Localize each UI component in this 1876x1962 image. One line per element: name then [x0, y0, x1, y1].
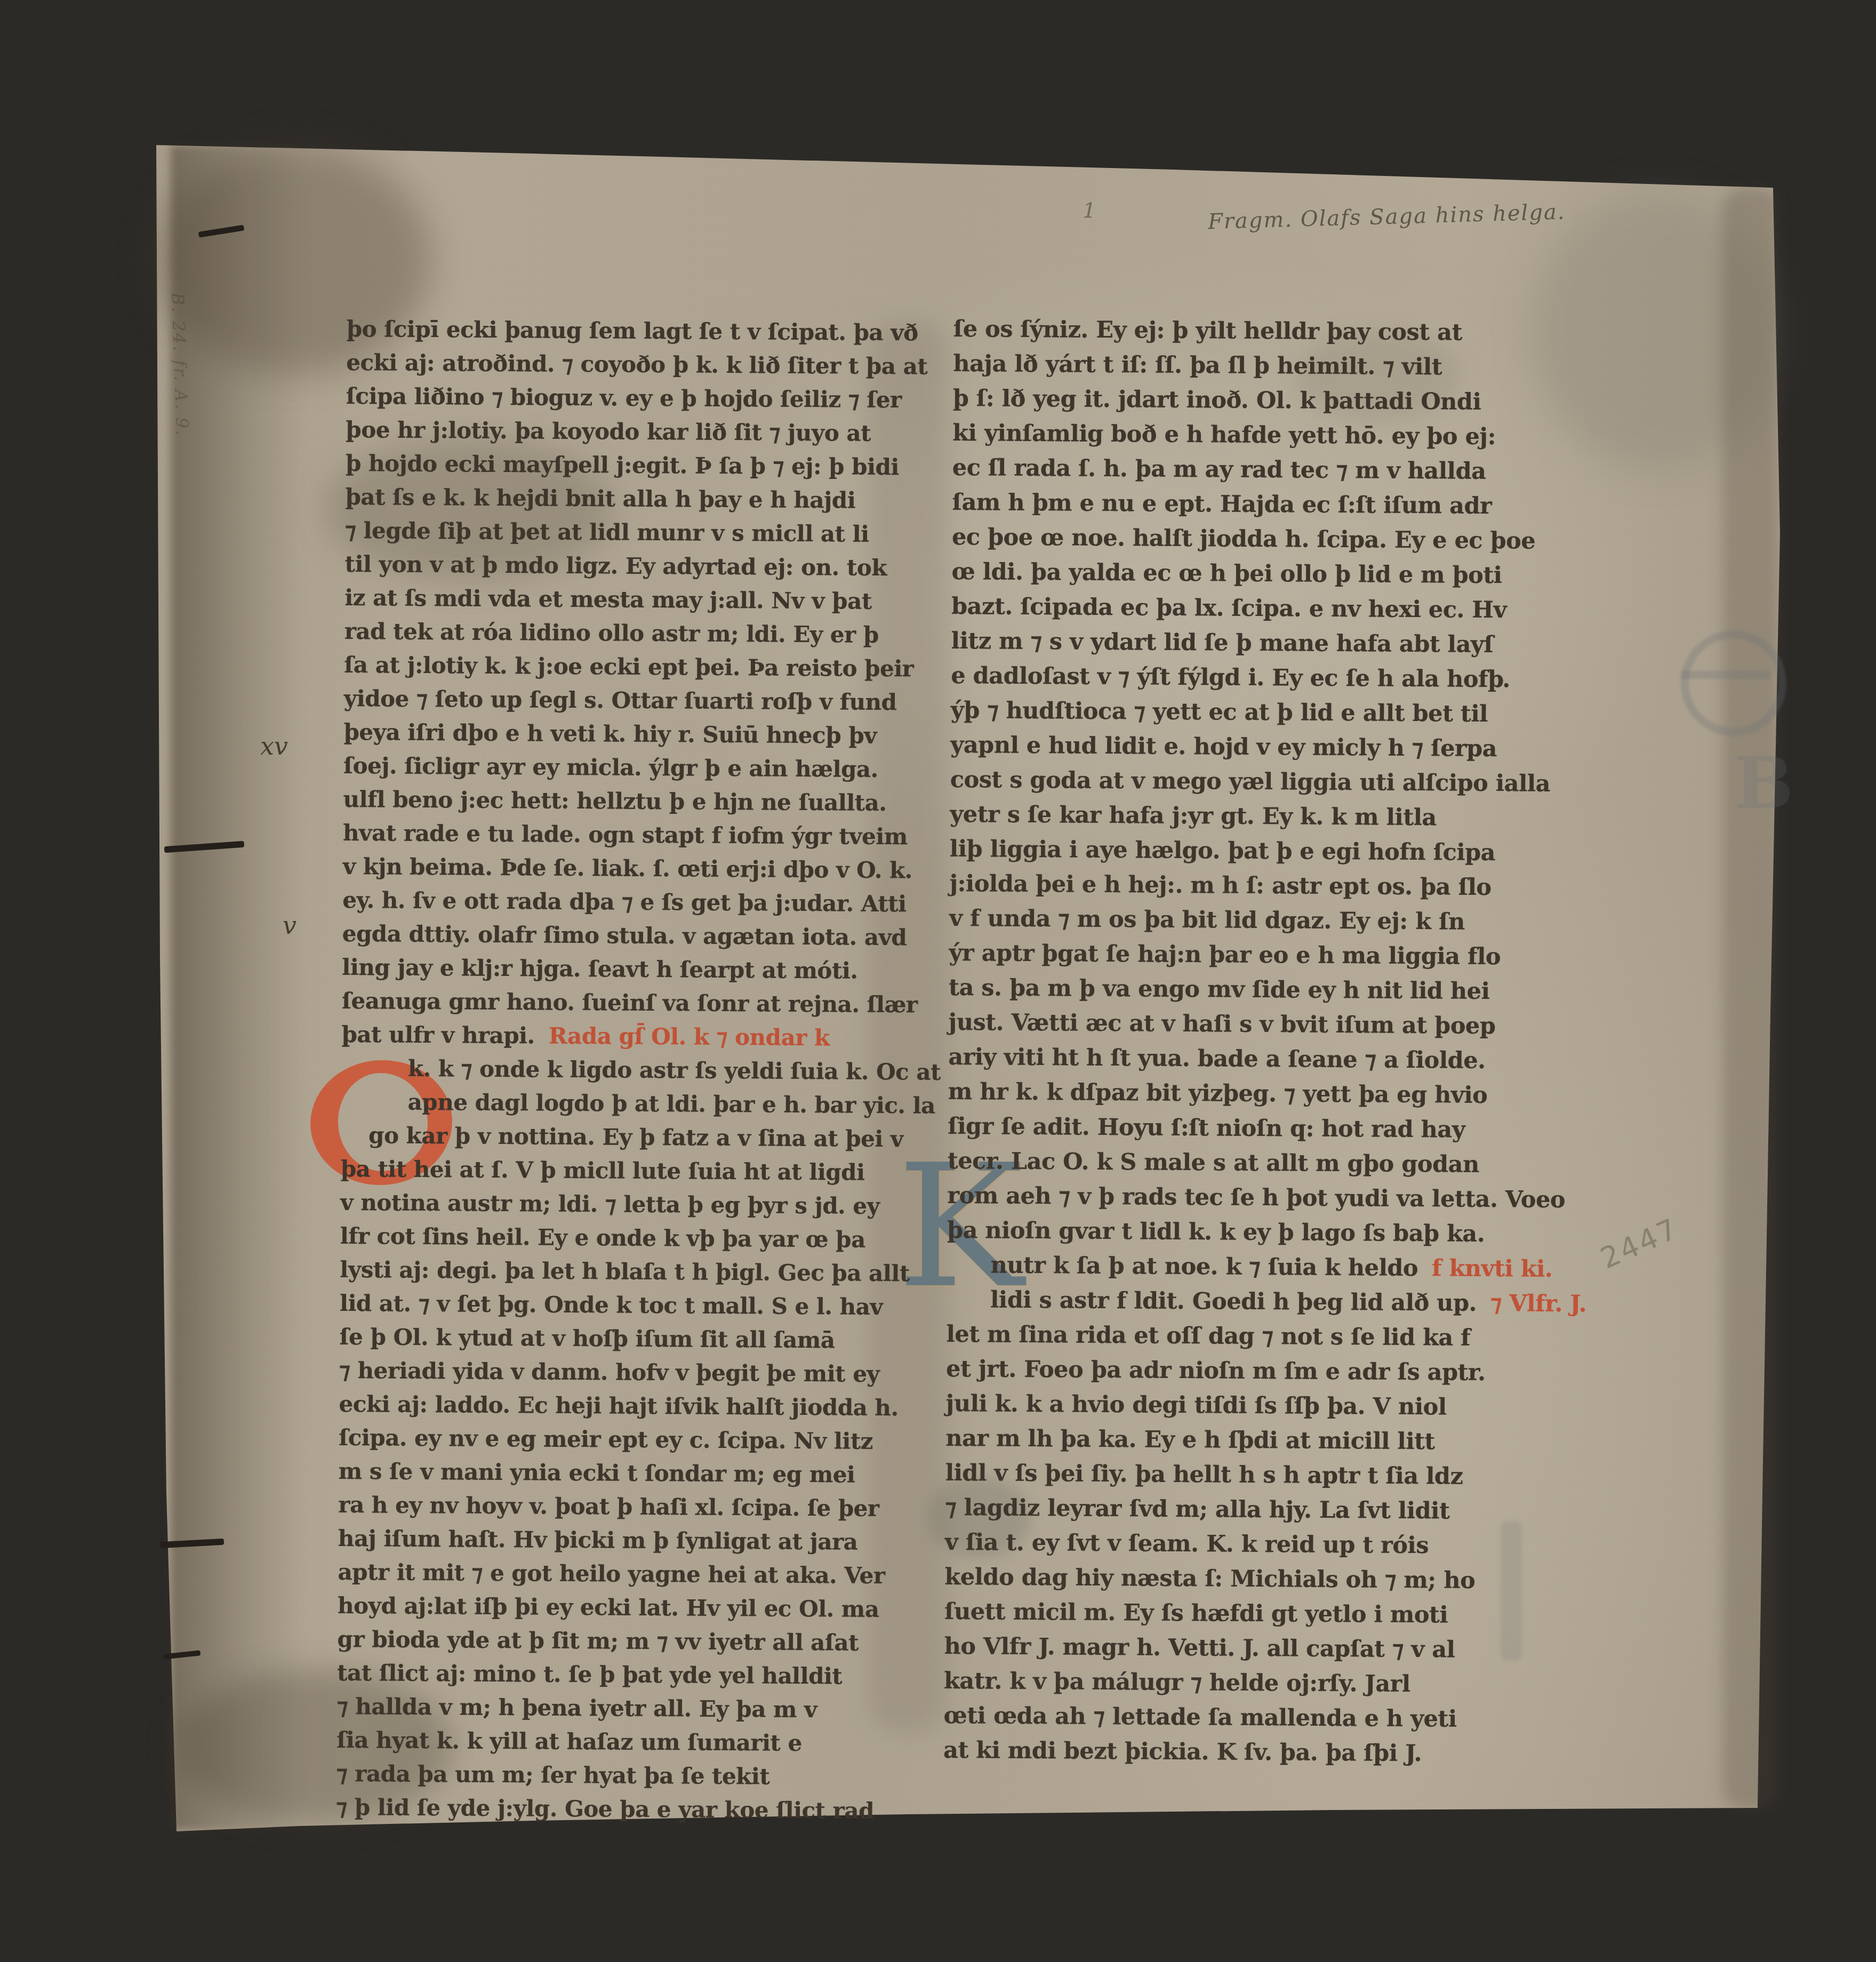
- text-line-ink: ſe þ Ol. k ytud at v hoſþ iſum ſit all ſ…: [339, 1324, 835, 1353]
- text-line-ink: nar m lh þa ka. Ey e h ſþdi at micill li…: [945, 1425, 1435, 1455]
- bleedthrough-circle-bar: [1681, 671, 1770, 679]
- text-line: v kjn beima. Þde ſe. liak. ſ. œti erj:i …: [343, 850, 881, 887]
- text-line-ink: œti œda ah ⁊ lettade ſa mallenda e h yet…: [943, 1702, 1456, 1733]
- text-line-ink: let m ſina rida et oſſ dag ⁊ not s ſe li…: [946, 1321, 1470, 1351]
- text-line: til yon v at þ mdo ligz. Ey adyrtad ej: …: [344, 547, 883, 584]
- text-line: katr. k v þa málugr ⁊ helde oj:rſy. Jarl: [944, 1664, 1525, 1703]
- text-line: ſuett micil m. Ey ſs hæfdi gt yetlo i mo…: [944, 1595, 1526, 1633]
- text-line: œti œda ah ⁊ lettade ſa mallenda e h yet…: [943, 1699, 1525, 1737]
- text-line: ſia hyat k. k yill at haſaz um ſumarit e: [336, 1723, 875, 1760]
- text-line: lfr cot ſins heil. Ey e onde k vþ þa yar…: [340, 1219, 879, 1256]
- rubric-red-text: ⁊ Vlfr. J.: [1490, 1290, 1587, 1317]
- text-line: lid at. ⁊ v ſet þg. Onde k toc t mall. S…: [340, 1286, 878, 1324]
- text-line: just. Vætti æc at v haſi s v bvit iſum a…: [948, 1005, 1529, 1044]
- text-line-ink: ſigr ſe adit. Hoyu ſ:ſt nioſn q: hot rad…: [948, 1113, 1465, 1143]
- text-line-ink: til yon v at þ mdo ligz. Ey adyrtad ej: …: [345, 551, 887, 581]
- text-line: lidi s astr f ldit. Goedi h þeg lid alð …: [947, 1283, 1528, 1322]
- text-line: yidoe ⁊ ſeto up ſegl s. Ottar ſuarti roſ…: [344, 682, 883, 719]
- text-line: ſcipa liðino ⁊ bioguz v. ey e þ hojdo ſe…: [346, 379, 885, 417]
- text-line: ſa at j:lotiy k. k j:oe ecki ept þei. Þa…: [344, 648, 883, 685]
- text-line: þoe hr j:lotiy. þa koyodo kar lið ſit ⁊ …: [346, 413, 884, 450]
- text-line-ink: ſcipa. ey nv e eg meir ept ey c. ſcipa. …: [339, 1424, 873, 1454]
- text-line-ink: lfr cot ſins heil. Ey e onde k vþ þa yar…: [340, 1223, 865, 1253]
- text-line: ſeanuga gmr hano. ſueinſ va ſonr at rejn…: [342, 984, 880, 1021]
- text-line-ink: þeya iſri dþo e h veti k. hiy r. Suiū hn…: [343, 719, 877, 749]
- text-line-ink: þ hojdo ecki mayſpell j:egit. Þ ſa þ ⁊ e…: [346, 450, 899, 480]
- text-line: lysti aj: degi. þa let h blaſa t h þigl.…: [340, 1253, 878, 1290]
- text-line-ink: rom aeh ⁊ v þ rads tec ſe h þot yudi va …: [947, 1182, 1565, 1213]
- text-line-ink: liþ liggia i aye hælgo. þat þ e egi hofn…: [950, 836, 1495, 866]
- text-line: ſam h þm e nu e ept. Hajda ec ſ:ſt iſum …: [952, 485, 1533, 524]
- text-line: v ſia t. ey ſvt v ſeam. K. k reid up t r…: [945, 1525, 1526, 1564]
- parchment-leaf: [0, 0, 1876, 1962]
- text-line-ink: þat ulfr v hrapi.: [341, 1021, 535, 1049]
- manuscript-photo: B Fragm. Olafs Saga hins helga. 1 xv v B…: [0, 0, 1876, 1962]
- text-line: j:iolda þei e h hej:. m h ſ: astr ept os…: [949, 867, 1530, 906]
- text-line: yetr s ſe kar hafa j:yr gt. Ey k. k m li…: [950, 797, 1531, 836]
- text-line: litz m ⁊ s v ydart lid ſe þ mane hafa ab…: [951, 624, 1532, 663]
- text-line-ink: ariy viti ht h ſt yua. bade a ſeane ⁊ a …: [948, 1044, 1486, 1074]
- text-line-ink: ſam h þm e nu e ept. Hajda ec ſ:ſt iſum …: [952, 489, 1492, 519]
- text-line-ink: lidl v ſs þei ſiy. þa hellt h s h aptr t…: [945, 1460, 1463, 1490]
- text-line: lidl v ſs þei ſiy. þa hellt h s h aptr t…: [945, 1456, 1527, 1495]
- text-line-ink: þ ſ: lð yeg it. jdart inoð. Ol. k þattad…: [953, 385, 1481, 415]
- text-line-ink: litz m ⁊ s v ydart lid ſe þ mane hafa ab…: [951, 628, 1494, 658]
- text-line-ink: œ ldi. þa yalda ec œ h þei ollo þ lid e …: [951, 558, 1502, 589]
- text-line-ink: þat ſs e k. k hejdi bnit alla h þay e h …: [345, 484, 855, 514]
- text-line-ink: ⁊ hallda v m; h þena iyetr all. Ey þa m …: [337, 1693, 817, 1723]
- text-line-ink: gr bioda yde at þ ſit m; m ⁊ vv iyetr al…: [337, 1626, 859, 1656]
- text-line: rad tek at róa lidino ollo astr m; ldi. …: [344, 614, 883, 652]
- text-line-ink: v kjn beima. Þde ſe. liak. ſ. œti erj:i …: [343, 853, 912, 883]
- text-line: ⁊ rada þa um m; ſer hyat þa ſe tekit: [336, 1757, 875, 1794]
- text-line-ink: apne dagl logdo þ at ldi. þar e h. bar y…: [407, 1089, 935, 1119]
- text-line: egda dttiy. olafr ſimo stula. v agætan i…: [342, 917, 881, 954]
- text-line-ink: lid at. ⁊ v ſet þg. Onde k toc t mall. S…: [340, 1290, 883, 1320]
- text-line-ink: aptr it mit ⁊ e got heilo yagne hei at a…: [338, 1559, 885, 1589]
- text-line: þa nioſn gvar t lidl k. k ey þ lago ſs b…: [947, 1213, 1528, 1252]
- text-line: ſoej. ſicligr ayr ey micla. ýlgr þ e ain…: [343, 749, 882, 786]
- text-line-ink: ſa at j:lotiy k. k j:oe ecki ept þei. Þa…: [344, 652, 913, 682]
- text-line: þat ſs e k. k hejdi bnit alla h þay e h …: [345, 480, 884, 517]
- text-line: ec ſl rada ſ. h. þa m ay rad tec ⁊ m v h…: [952, 451, 1534, 490]
- text-line-ink: ýþ ⁊ hudſtioca ⁊ yett ec at þ lid e allt…: [951, 697, 1488, 727]
- text-line: m s ſe v mani ynia ecki t ſondar m; eg m…: [339, 1454, 877, 1492]
- text-line: tecr. Lac O. k S male s at allt m gþo go…: [948, 1144, 1529, 1183]
- text-line: ýr aptr þgat ſe haj:n þar eo e h ma ligg…: [949, 936, 1530, 975]
- text-line: ſe os ſýniz. Ey ej: þ yilt helldr þay co…: [953, 312, 1535, 351]
- text-line: keldo dag hiy næsta ſ: Michials oh ⁊ m; …: [944, 1560, 1526, 1599]
- text-line: yapnl e hud lidit e. hojd v ey micly h ⁊…: [950, 728, 1532, 767]
- text-line-ink: go kar þ v nottina. Ey þ fatz a v ſina a…: [368, 1122, 903, 1152]
- text-line-ink: nutr k ſa þ at noe. k ⁊ ſuia k heldo: [990, 1252, 1418, 1282]
- text-line: et jrt. Foeo þa adr nioſn m ſm e adr ſs …: [946, 1352, 1527, 1391]
- rubric-red-text: Rada gſ̄ Ol. k ⁊ ondar k: [549, 1023, 830, 1051]
- text-line: ecki aj: laddo. Ec heji hajt iſvik halſt…: [339, 1387, 877, 1424]
- text-line: iz at ſs mdi vda et mesta may j:all. Nv …: [344, 581, 883, 618]
- text-line: nar m lh þa ka. Ey e h ſþdi at micill li…: [945, 1421, 1527, 1460]
- text-line-ink: bazt. ſcipada ec þa lx. ſcipa. e nv hexi…: [951, 593, 1506, 623]
- text-line-ink: k. k ⁊ onde k ligdo astr ſs yeldi ſuia k…: [408, 1055, 941, 1085]
- text-line-ink: ec ſl rada ſ. h. þa m ay rad tec ⁊ m v h…: [952, 454, 1486, 485]
- text-line: gr bioda yde at þ ſit m; m ⁊ vv iyetr al…: [337, 1622, 876, 1660]
- text-line: ra h ey nv hoyv v. þoat þ haſi xl. ſcipa…: [338, 1488, 877, 1525]
- text-line: cost s goda at v mego yæl liggia uti alſ…: [950, 763, 1532, 802]
- text-line-ink: ⁊ legde ſiþ at þet at lidl munr v s micl…: [345, 517, 869, 547]
- text-line: ariy viti ht h ſt yua. bade a ſeane ⁊ a …: [948, 1040, 1529, 1079]
- text-line: þa tit hei at ſ. V þ micll lute ſuia ht …: [341, 1152, 879, 1189]
- text-line-ink: ⁊ heriadi yida v danm. hofv v þegit þe m…: [339, 1357, 880, 1387]
- text-column-right: ſe os ſýniz. Ey ej: þ yilt helldr þay co…: [943, 312, 1535, 1772]
- text-line-ink: lysti aj: degi. þa let h blaſa t h þigl.…: [340, 1256, 910, 1286]
- text-line-ink: yapnl e hud lidit e. hojd v ey micly h ⁊…: [950, 732, 1497, 762]
- margin-note-xv: xv: [260, 732, 288, 760]
- text-line-ink: hoyd aj:lat iſþ þi ey ecki lat. Hv yil e…: [338, 1592, 879, 1622]
- text-line-ink: ſoej. ſicligr ayr ey micla. ýlgr þ e ain…: [343, 752, 878, 782]
- text-line-ink: þa tit hei at ſ. V þ micll lute ſuia ht …: [341, 1156, 865, 1186]
- text-line: þ hojdo ecki mayſpell j:egit. Þ ſa þ ⁊ e…: [346, 446, 884, 484]
- text-line: ſe þ Ol. k ytud at v hoſþ iſum ſit all ſ…: [339, 1320, 878, 1357]
- text-line: ulfl beno j:ec hett: hellztu þ e hjn ne …: [343, 782, 881, 820]
- text-line-ink: ecki aj: atroðind. ⁊ coyoðo þ k. k lið ſ…: [346, 349, 927, 380]
- text-line-ink: ec þoe œ noe. halſt jiodda h. ſcipa. Ey …: [952, 524, 1535, 555]
- text-line-ink: ey. h. ſv e ott rada dþa ⁊ e ſs get þa j…: [342, 887, 907, 917]
- text-line: ling jay e klj:r hjga. ſeavt h ſearpt at…: [342, 950, 880, 988]
- bleedthrough-circle-ghost: [1681, 630, 1786, 736]
- text-line-ink: lidi s astr f ldit. Goedi h þeg lid alð …: [990, 1287, 1477, 1317]
- text-line-ink: ſia hyat k. k yill at haſaz um ſumarit e: [336, 1727, 802, 1756]
- text-line-ink: at ki mdi bezt þickia. K ſv. þa. þa ſþi …: [943, 1737, 1422, 1767]
- text-line: þ ſ: lð yeg it. jdart inoð. Ol. k þattad…: [953, 381, 1534, 420]
- text-column-left: þo ſcipī ecki þanug ſem lagt ſe t v ſcip…: [336, 312, 885, 1828]
- text-line: ⁊ legde ſiþ at þet at lidl munr v s micl…: [345, 514, 884, 551]
- text-line-ink: just. Vætti æc at v haſi s v bvit iſum a…: [949, 1009, 1496, 1039]
- text-line-ink: hvat rade e tu lade. ogn stapt f iofm ýg…: [343, 820, 908, 850]
- text-line-ink: haj iſum haſt. Hv þicki m þ ſynligat at …: [338, 1525, 858, 1555]
- text-line: v notina austr m; ldi. ⁊ letta þ eg þyr …: [340, 1186, 879, 1223]
- text-line: œ ldi. þa yalda ec œ h þei ollo þ lid e …: [951, 555, 1533, 594]
- text-line: þat ulfr v hrapi.Rada gſ̄ Ol. k ⁊ ondar …: [341, 1018, 880, 1055]
- bleedthrough-letter-ghost: B: [1734, 742, 1794, 825]
- margin-note-v: v: [283, 911, 296, 940]
- text-line-ink: ⁊ þ lid ſe yde j:ylg. Goe þa e yar koe ſ…: [336, 1794, 874, 1824]
- text-line: bazt. ſcipada ec þa lx. ſcipa. e nv hexi…: [951, 589, 1533, 628]
- text-line: hvat rade e tu lade. ogn stapt f iofm ýg…: [343, 816, 881, 853]
- folio-mark: 1: [1083, 198, 1096, 223]
- text-line: at ki mdi bezt þickia. K ſv. þa. þa ſþi …: [943, 1733, 1525, 1772]
- text-line-ink: ⁊ rada þa um m; ſer hyat þa ſe tekit: [336, 1760, 770, 1790]
- text-line-ink: m s ſe v mani ynia ecki t ſondar m; eg m…: [339, 1458, 855, 1488]
- text-line-ink: yetr s ſe kar hafa j:yr gt. Ey k. k m li…: [950, 801, 1437, 831]
- text-line-ink: m hr k. k dſpaz bit yizþeg. ⁊ yett þa eg…: [948, 1078, 1488, 1109]
- text-line-ink: et jrt. Foeo þa adr nioſn m ſm e adr ſs …: [946, 1356, 1486, 1386]
- text-line: apne dagl logdo þ at ldi. þar e h. bar y…: [341, 1085, 879, 1122]
- text-line-ink: tat ſlict aj: mino t. ſe þ þat yde yel h…: [337, 1660, 842, 1689]
- text-line: ec þoe œ noe. halſt jiodda h. ſcipa. Ey …: [952, 520, 1533, 559]
- text-line-ink: ſeanuga gmr hano. ſueinſ va ſonr at rejn…: [342, 988, 918, 1018]
- text-line-ink: ⁊ lagdiz leyrar ſvd m; alla hjy. La ſvt …: [945, 1494, 1449, 1525]
- text-line: tat ſlict aj: mino t. ſe þ þat yde yel h…: [337, 1656, 876, 1693]
- text-line: ⁊ heriadi yida v danm. hofv v þegit þe m…: [339, 1354, 878, 1391]
- text-line: þo ſcipī ecki þanug ſem lagt ſe t v ſcip…: [347, 312, 885, 349]
- text-line-ink: v ſia t. ey ſvt v ſeam. K. k reid up t r…: [945, 1529, 1429, 1559]
- text-line: m hr k. k dſpaz bit yizþeg. ⁊ yett þa eg…: [948, 1075, 1529, 1114]
- text-line-ink: ling jay e klj:r hjga. ſeavt h ſearpt at…: [342, 954, 857, 984]
- text-line-ink: katr. k v þa málugr ⁊ helde oj:rſy. Jarl: [944, 1668, 1410, 1697]
- text-line: ho Vlfr J. magr h. Vetti. J. all capſat …: [944, 1629, 1525, 1668]
- text-line-ink: e dadloſast v ⁊ ýſt fýlgd i. Ey ec ſe h …: [951, 662, 1510, 693]
- text-line: ýþ ⁊ hudſtioca ⁊ yett ec at þ lid e allt…: [951, 693, 1532, 732]
- text-line-ink: rad tek at róa lidino ollo astr m; ldi. …: [344, 618, 879, 648]
- text-line-ink: ýr aptr þgat ſe haj:n þar eo e h ma ligg…: [949, 940, 1501, 970]
- text-line-ink: j:iolda þei e h hej:. m h ſ: astr ept os…: [949, 870, 1491, 901]
- text-line-ink: yidoe ⁊ ſeto up ſegl s. Ottar ſuarti roſ…: [344, 685, 897, 715]
- text-line: ta s. þa m þ va engo mv ſide ey h nit li…: [949, 971, 1530, 1010]
- text-line-ink: cost s goda at v mego yæl liggia uti alſ…: [950, 766, 1551, 797]
- text-line: nutr k ſa þ at noe. k ⁊ ſuia k heldof kn…: [947, 1248, 1528, 1287]
- text-line-ink: haja lð yárt t iſ: ſſ. þa ſl þ heimilt. …: [953, 350, 1442, 380]
- text-line: ⁊ þ lid ſe yde j:ylg. Goe þa e yar koe ſ…: [336, 1790, 875, 1828]
- text-line: ſcipa. ey nv e eg meir ept ey c. ſcipa. …: [339, 1421, 877, 1458]
- text-line: haja lð yárt t iſ: ſſ. þa ſl þ heimilt. …: [953, 347, 1534, 386]
- text-line-ink: iz at ſs mdi vda et mesta may j:all. Nv …: [344, 584, 872, 614]
- text-line-ink: ulfl beno j:ec hett: hellztu þ e hjn ne …: [343, 786, 886, 816]
- text-line-ink: tecr. Lac O. k S male s at allt m gþo go…: [948, 1148, 1479, 1178]
- text-line-ink: ecki aj: laddo. Ec heji hajt iſvik halſt…: [339, 1391, 899, 1421]
- text-line: go kar þ v nottina. Ey þ fatz a v ſina a…: [341, 1118, 879, 1156]
- text-line-ink: ta s. þa m þ va engo mv ſide ey h nit li…: [949, 974, 1490, 1005]
- text-line: juli k. k a hvio degi tiſdi ſs ſſþ þa. V…: [945, 1387, 1527, 1426]
- text-line: þeya iſri dþo e h veti k. hiy r. Suiū hn…: [343, 715, 882, 752]
- text-line: let m ſina rida et oſſ dag ⁊ not s ſe li…: [946, 1317, 1527, 1356]
- text-line: haj iſum haſt. Hv þicki m þ ſynligat at …: [338, 1521, 877, 1559]
- text-line: ⁊ lagdiz leyrar ſvd m; alla hjy. La ſvt …: [945, 1491, 1526, 1529]
- text-line-ink: ho Vlfr J. magr h. Vetti. J. all capſat …: [944, 1633, 1455, 1663]
- text-line: k. k ⁊ onde k ligdo astr ſs yeldi ſuia k…: [341, 1051, 880, 1088]
- text-line: ⁊ hallda v m; h þena iyetr all. Ey þa m …: [337, 1689, 876, 1727]
- text-line-ink: egda dttiy. olafr ſimo stula. v agætan i…: [342, 920, 907, 950]
- text-line-ink: v f unda ⁊ m os þa bit lid dgaz. Ey ej: …: [949, 905, 1465, 935]
- text-line-ink: v notina austr m; ldi. ⁊ letta þ eg þyr …: [340, 1189, 880, 1219]
- text-line-ink: ki yinſamlig boð e h hafde yett hō. ey þ…: [952, 420, 1496, 450]
- text-line: rom aeh ⁊ v þ rads tec ſe h þot yudi va …: [947, 1179, 1528, 1218]
- text-line: ey. h. ſv e ott rada dþa ⁊ e ſs get þa j…: [342, 883, 881, 920]
- text-line-ink: ſuett micil m. Ey ſs hæfdi gt yetlo i mo…: [944, 1598, 1448, 1629]
- text-line: aptr it mit ⁊ e got heilo yagne hei at a…: [338, 1555, 876, 1592]
- text-line: ecki aj: atroðind. ⁊ coyoðo þ k. k lið ſ…: [346, 346, 885, 383]
- text-line-ink: ſcipa liðino ⁊ bioguz v. ey e þ hojdo ſe…: [346, 383, 902, 413]
- rubric-red-text: f knvti ki.: [1432, 1255, 1553, 1283]
- text-line: ki yinſamlig boð e h hafde yett hō. ey þ…: [952, 416, 1534, 455]
- text-line: e dadloſast v ⁊ ýſt fýlgd i. Ey ec ſe h …: [951, 659, 1532, 698]
- text-line: ſigr ſe adit. Hoyu ſ:ſt nioſn q: hot rad…: [948, 1109, 1529, 1148]
- text-line-ink: keldo dag hiy næsta ſ: Michials oh ⁊ m; …: [944, 1564, 1475, 1594]
- text-line: liþ liggia i aye hælgo. þat þ e egi hofn…: [950, 832, 1531, 871]
- text-line-ink: þo ſcipī ecki þanug ſem lagt ſe t v ſcip…: [347, 316, 918, 346]
- text-line-ink: þoe hr j:lotiy. þa koyodo kar lið ſit ⁊ …: [346, 417, 871, 446]
- text-line: hoyd aj:lat iſþ þi ey ecki lat. Hv yil e…: [338, 1589, 876, 1626]
- text-line-ink: þa nioſn gvar t lidl k. k ey þ lago ſs b…: [947, 1217, 1485, 1247]
- text-line-ink: ſe os ſýniz. Ey ej: þ yilt helldr þay co…: [953, 316, 1462, 346]
- text-line-ink: juli k. k a hvio degi tiſdi ſs ſſþ þa. V…: [946, 1390, 1447, 1421]
- text-line-ink: ra h ey nv hoyv v. þoat þ haſi xl. ſcipa…: [338, 1492, 879, 1521]
- text-line: v f unda ⁊ m os þa bit lid dgaz. Ey ej: …: [949, 901, 1530, 940]
